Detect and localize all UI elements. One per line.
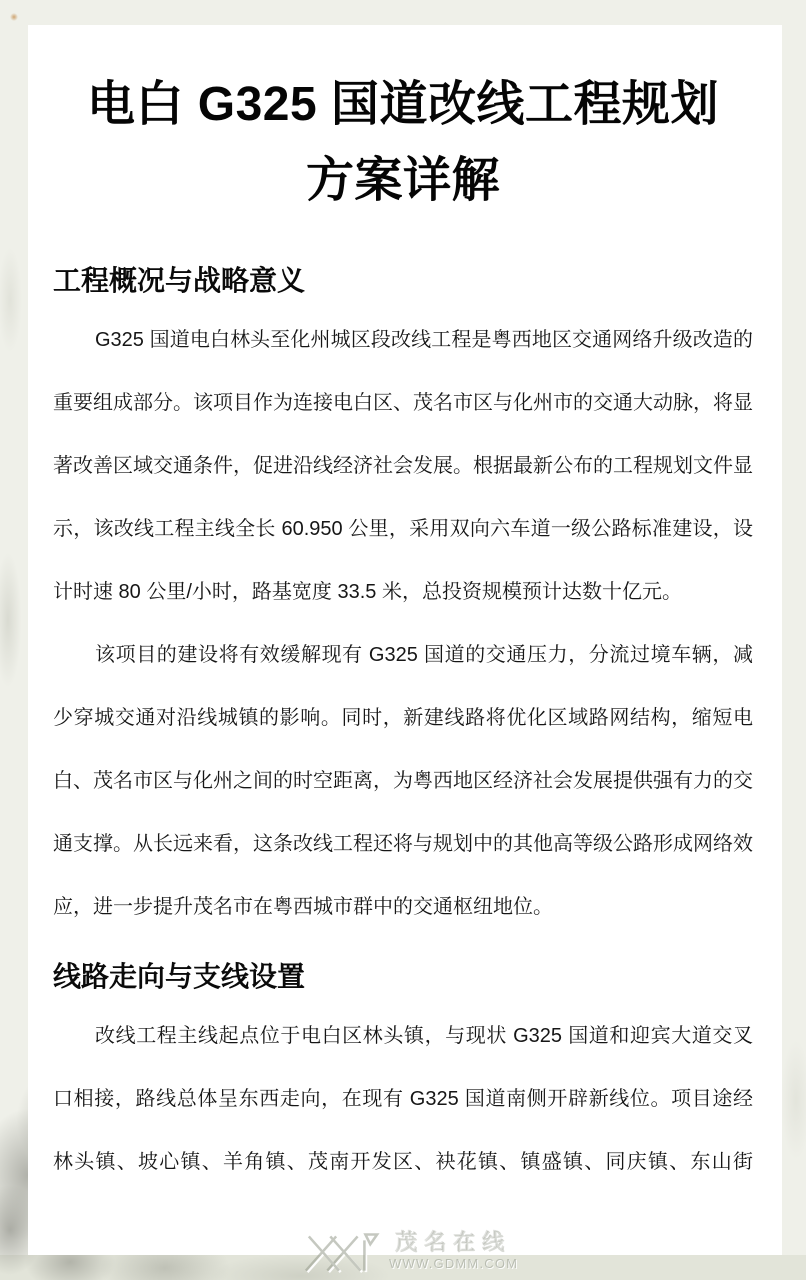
maoming-online-logo-icon (303, 1231, 381, 1277)
section-heading-overview: 工程概况与战略意义 (53, 261, 753, 301)
document-content: 电白 G325 国道改线工程规划方案详解 工程概况与战略意义 G325 国道电白… (28, 67, 782, 1194)
watermark-site-name: 茂名在线 (396, 1231, 512, 1255)
watermark-site-url: WWW.GDMM.COM (389, 1256, 518, 1271)
document-title-line2: 方案详解 (306, 154, 500, 207)
paragraph-overview-1: G325 国道电白林头至化州城区段改线工程是粤西地区交通网络升级改造的重要组成部… (53, 309, 753, 624)
canvas-background: { "page": { "title_line1": "电白 G325 国道改线… (0, 0, 806, 1280)
document-title-line1: 电白 G325 国道改线工程规划 (87, 78, 719, 131)
document-page: 电白 G325 国道改线工程规划方案详解 工程概况与战略意义 G325 国道电白… (28, 25, 782, 1255)
paragraph-overview-2: 该项目的建设将有效缓解现有 G325 国道的交通压力，分流过境车辆，减少穿城交通… (53, 624, 753, 939)
site-watermark: 茂名在线 WWW.GDMM.COM (303, 1231, 518, 1277)
document-title: 电白 G325 国道改线工程规划方案详解 (59, 67, 747, 219)
section-heading-alignment: 线路走向与支线设置 (53, 957, 753, 997)
watermark-text: 茂名在线 WWW.GDMM.COM (389, 1231, 518, 1271)
paragraph-alignment-1: 改线工程主线起点位于电白区林头镇，与现状 G325 国道和迎宾大道交叉口相接，路… (53, 1005, 753, 1194)
